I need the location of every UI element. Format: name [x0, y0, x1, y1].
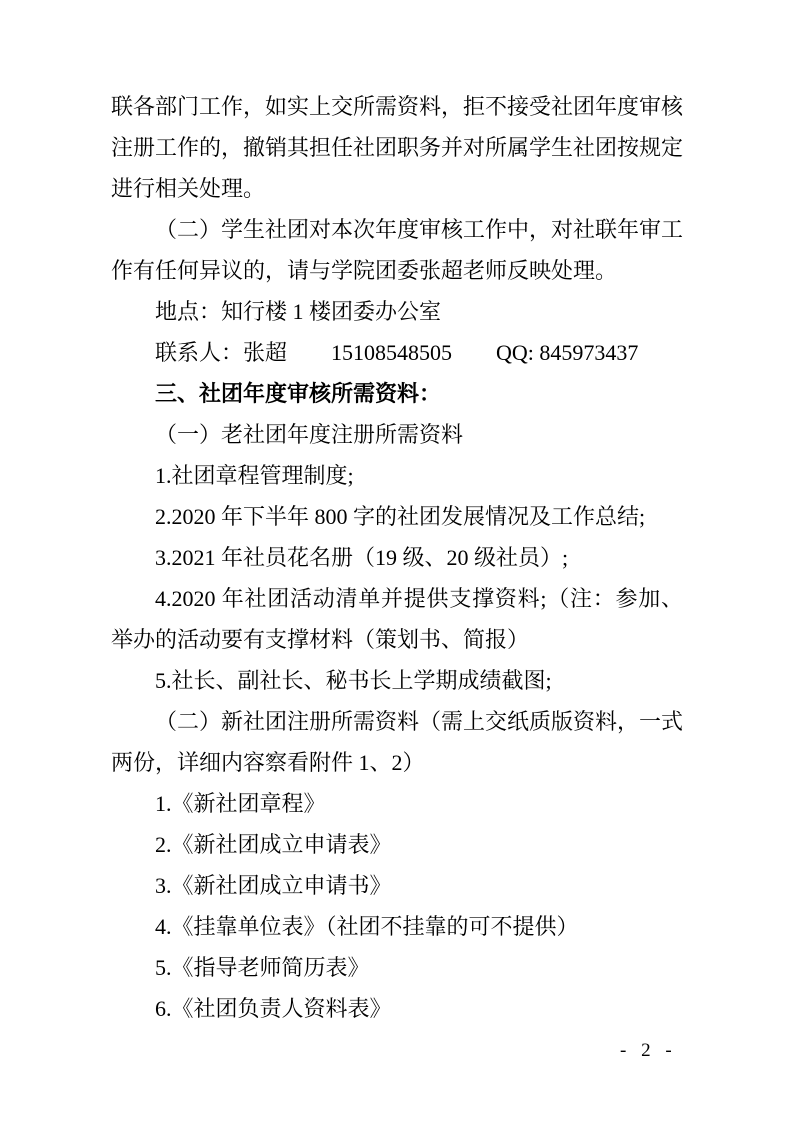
- document-page: 联各部门工作，如实上交所需资料，拒不接受社团年度审核注册工作的，撤销其担任社团职…: [0, 0, 793, 1122]
- subheading-new-club-materials: （二）新社团注册所需资料（需上交纸质版资料，一式两份，详细内容察看附件 1、2）: [111, 701, 683, 783]
- item-old-club-1: 1.社团章程管理制度;: [111, 455, 683, 496]
- para-location: 地点：知行楼 1 楼团委办公室: [111, 291, 683, 332]
- para-penalty-continuation: 联各部门工作，如实上交所需资料，拒不接受社团年度审核注册工作的，撤销其担任社团职…: [111, 86, 683, 209]
- item-new-club-4: 4.《挂靠单位表》（社团不挂靠的可不提供）: [111, 906, 683, 947]
- item-old-club-3: 3.2021 年社员花名册（19 级、20 级社员）;: [111, 537, 683, 578]
- item-new-club-3: 3.《新社团成立申请书》: [111, 865, 683, 906]
- page-number: - 2 -: [620, 1040, 677, 1062]
- item-old-club-2: 2.2020 年下半年 800 字的社团发展情况及工作总结;: [111, 496, 683, 537]
- item-new-club-1: 1.《新社团章程》: [111, 783, 683, 824]
- item-old-club-5: 5.社长、副社长、秘书长上学期成绩截图;: [111, 660, 683, 701]
- heading-section-three: 三、社团年度审核所需资料：: [111, 373, 683, 414]
- subheading-old-club-materials: （一）老社团年度注册所需资料: [111, 414, 683, 455]
- item-old-club-4: 4.2020 年社团活动清单并提供支撑资料;（注：参加、举办的活动要有支撑材料（…: [111, 578, 683, 660]
- item-new-club-5: 5.《指导老师简历表》: [111, 947, 683, 988]
- para-contact-person: 联系人：张超 15108548505 QQ: 845973437: [111, 332, 683, 373]
- document-body: 联各部门工作，如实上交所需资料，拒不接受社团年度审核注册工作的，撤销其担任社团职…: [111, 86, 683, 1029]
- item-new-club-2: 2.《新社团成立申请表》: [111, 824, 683, 865]
- para-dispute-contact: （二）学生社团对本次年度审核工作中，对社联年审工作有任何异议的，请与学院团委张超…: [111, 209, 683, 291]
- item-new-club-6: 6.《社团负责人资料表》: [111, 988, 683, 1029]
